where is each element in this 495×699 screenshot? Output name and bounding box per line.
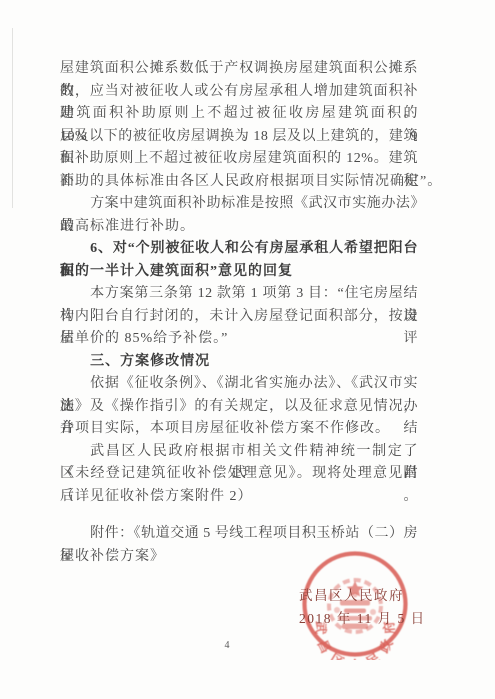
- text-line: 建筑面积补助原则上不超过被征收房屋建筑面积的 10%。9: [60, 103, 418, 126]
- text-line: 方案中建筑面积补助标准是按照《武汉市实施办法》的: [60, 193, 418, 216]
- text-line: 最高标准进行补助。: [60, 216, 418, 239]
- document-page: 屋建筑面积公摊系数低于产权调换房屋建筑面积公摊系数的，应当对被征收人或公有房屋承…: [0, 0, 495, 699]
- text-line: 依据《征收条例》、《湖北省实施办法》、《武汉市实施办: [60, 373, 418, 396]
- text-line: 合项目实际，本项目房屋征收补偿方案不作修改。: [60, 418, 418, 441]
- scan-artifact-line: [12, 28, 13, 208]
- text-line: 屋建筑面积公摊系数低于产权调换房屋建筑面积公摊系数: [60, 58, 418, 81]
- signature-block: 武昌区人民政府 2018 年 11 月 5 日: [299, 584, 426, 630]
- text-line: 附件：《轨道交通 5 号线工程项目积玉桥站（二）房屋: [60, 523, 418, 546]
- document-body: 屋建筑面积公摊系数低于产权调换房屋建筑面积公摊系数的，应当对被征收人或公有房屋承…: [60, 58, 418, 568]
- paragraph: 屋建筑面积公摊系数低于产权调换房屋建筑面积公摊系数的，应当对被征收人或公有房屋承…: [60, 58, 418, 193]
- paragraph: 本方案第三条第 12 款第 1 项第 3 目：“住宅房屋结构设计内阳台自行封闭的…: [60, 283, 418, 351]
- text-line: 积补助原则上不超过被征收房屋建筑面积的 12%。建筑面积: [60, 148, 418, 171]
- signature-date: 2018 年 11 月 5 日: [299, 607, 426, 630]
- paragraph: 6、对“个别被征收人和公有房屋承租人希望把阳台面积的一半计入建筑面积”意见的回复: [60, 238, 418, 283]
- text-line: 法》及《操作指引》的有关规定，以及征求意见情况，并结: [60, 396, 418, 419]
- text-line: 的，应当对被征收人或公有房屋承租人增加建筑面积补助。: [60, 81, 418, 104]
- text-line: 区未经登记建筑征收补偿处理意见》。现将处理意见附后。: [60, 463, 418, 486]
- signature-authority: 武昌区人民政府: [299, 584, 426, 607]
- paragraph: 三、方案修改情况: [60, 351, 418, 374]
- text-line: 武昌区人民政府根据市相关文件精神统一制定了《武昌: [60, 441, 418, 464]
- text-line: 积的一半计入建筑面积”意见的回复: [60, 261, 418, 284]
- text-line: 计内阳台自行封闭的，未计入房屋登记面积部分，按房屋评: [60, 306, 418, 329]
- text-line: 层及以下的被征收房屋调换为 18 层及以上建筑的，建筑面: [60, 126, 418, 149]
- page-number: 4: [212, 640, 242, 651]
- text-line: 本方案第三条第 12 款第 1 项第 3 目：“住宅房屋结构设: [60, 283, 418, 306]
- text-line: 6、对“个别被征收人和公有房屋承租人希望把阳台面: [60, 238, 418, 261]
- text-line: 补助的具体标准由各区人民政府根据项目实际情况确定”。: [60, 171, 418, 194]
- paragraph: 方案中建筑面积补助标准是按照《武汉市实施办法》的最高标准进行补助。: [60, 193, 418, 238]
- paragraph: 依据《征收条例》、《湖北省实施办法》、《武汉市实施办法》及《操作指引》的有关规定…: [60, 373, 418, 441]
- text-line: 三、方案修改情况: [60, 351, 418, 374]
- paragraph: 武昌区人民政府根据市相关文件精神统一制定了《武昌区未经登记建筑征收补偿处理意见》…: [60, 441, 418, 509]
